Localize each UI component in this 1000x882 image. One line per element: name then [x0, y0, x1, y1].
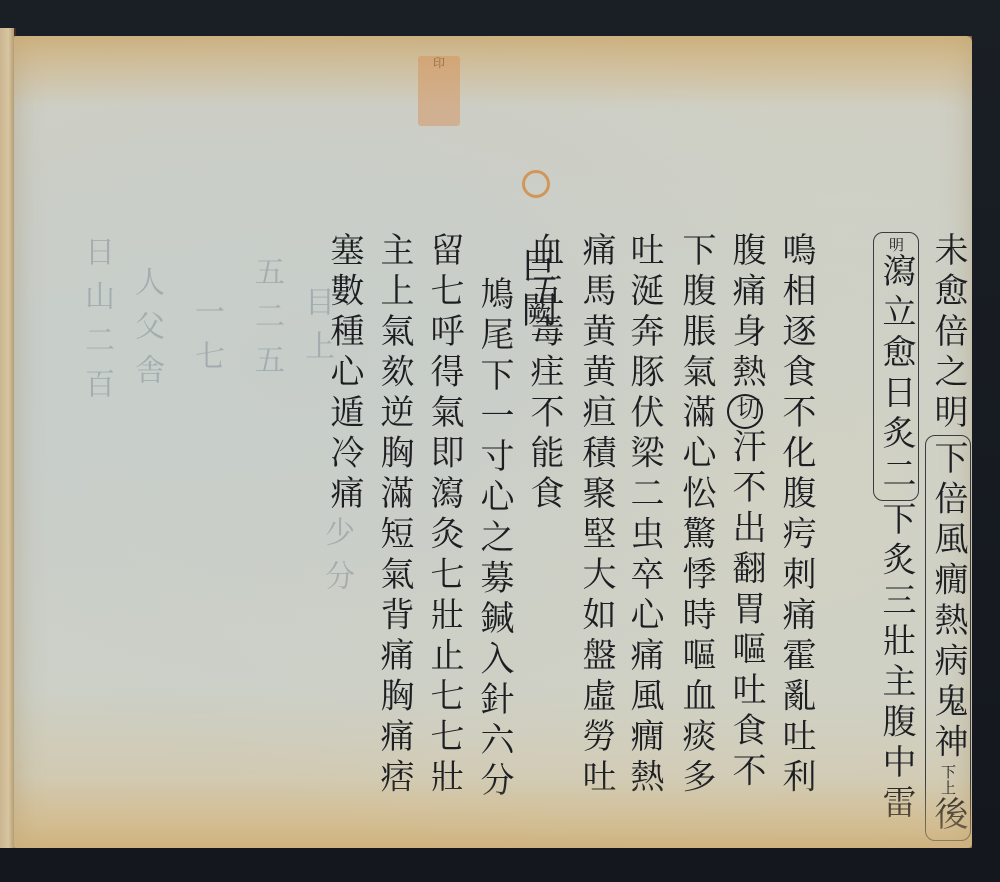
column-text: 下炙三壯主腹中雷 [876, 501, 916, 825]
section-column-4: 塞數種心遁冷痛 [324, 232, 364, 516]
section-column-2: 留七呼得氣即瀉灸七壯止七七壯 [424, 232, 464, 799]
section-column-3: 主上氣欬逆胸滿短氣背痛胸痛痞 [374, 232, 414, 799]
bleed-through-text: 日山二百 [74, 236, 118, 412]
column-text: 未愈倍之明 [928, 232, 968, 435]
text-column-2: 明瀉立愈日炙二下炙三壯主腹中雷 [876, 232, 916, 825]
text-column-4: 腹痛身熱切汗不出翻胃嘔吐食不 [726, 232, 766, 793]
seal-stamp: 印 [418, 56, 460, 126]
section-heading: 巨闕 [511, 170, 562, 335]
marginal-note: 下上 [939, 764, 957, 796]
marginal-note: 明 [887, 237, 905, 253]
manuscript-page: 印 日山二百 人父舎 一七 五二五 目上 少分 未愈倍之明下倍風癇熱病鬼神下上後… [14, 36, 972, 848]
bleed-through-text: 五二五 [244, 256, 288, 388]
text-column-7: 痛馬黄黄疸積聚堅大如盤虛勞吐 [576, 232, 616, 799]
text-column-5: 下腹脹氣滿心忪驚悸時嘔血痰多 [676, 232, 716, 799]
section-title: 巨闕 [516, 247, 557, 335]
circled-character: 切 [727, 394, 763, 429]
circle-marker-icon [522, 170, 550, 198]
boxed-annotation: 明瀉立愈日炙二 [873, 232, 919, 501]
bleed-through-text: 少分 [314, 516, 358, 604]
bleed-through-text: 一七 [184, 296, 228, 384]
text-column-3: 鳴相逐食不化腹疞刺痛霍亂吐利 [776, 232, 816, 799]
text-column-1: 未愈倍之明下倍風癇熱病鬼神下上後 [928, 232, 968, 841]
boxed-annotation: 下倍風癇熱病鬼神下上後 [925, 435, 971, 842]
section-column-1: 鳩尾下一寸心之募鍼入針六分 [474, 276, 514, 803]
bleed-through-text: 人父舎 [124, 266, 168, 398]
text-column-6: 吐涎奔豚伏梁二虫卒心痛風癇熱 [624, 232, 664, 799]
